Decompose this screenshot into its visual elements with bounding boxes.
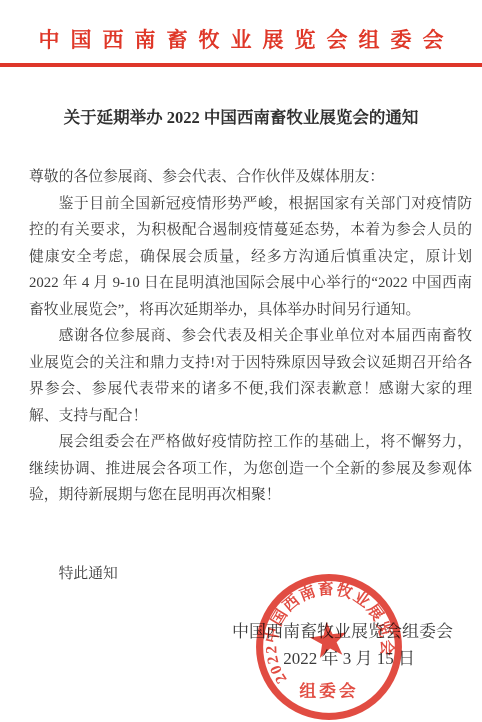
org-header: 中国西南畜牧业展览会组委会 <box>0 24 482 54</box>
signature-date: 2022 年 3 月 15 日 <box>0 647 482 671</box>
signature: 中国西南畜牧业展览会组委会 <box>0 620 482 644</box>
closing-note: 特此通知 <box>29 561 472 588</box>
notice-body: 尊敬的各位参展商、参会代表、合作伙伴及媒体朋友： 鉴于目前全国新冠疫情形势严峻，… <box>29 164 472 587</box>
paragraph-2: 感谢各位参展商、参会代表及相关企事业单位对本届西南畜牧业展览会的关注和鼎力支持!… <box>29 323 472 429</box>
paragraph-1: 鉴于目前全国新冠疫情形势严峻，根据国家有关部门对疫情防控的有关要求，为积极配合遏… <box>29 191 472 324</box>
signature-block: 中国西南畜牧业展览会组委会 2022 年 3 月 15 日 <box>0 620 482 671</box>
seal-bottom-text: 组委会 <box>299 681 358 701</box>
salutation: 尊敬的各位参展商、参会代表、合作伙伴及媒体朋友： <box>29 164 472 191</box>
notice-document: 中国西南畜牧业展览会组委会 关于延期举办 2022 中国西南畜牧业展览会的通知 … <box>0 0 482 722</box>
header-divider <box>0 63 482 67</box>
paragraph-3: 展会组委会在严格做好疫情防控工作的基础上，将不懈努力，继续协调、推进展会各项工作… <box>29 429 472 509</box>
notice-title: 关于延期举办 2022 中国西南畜牧业展览会的通知 <box>0 106 482 130</box>
